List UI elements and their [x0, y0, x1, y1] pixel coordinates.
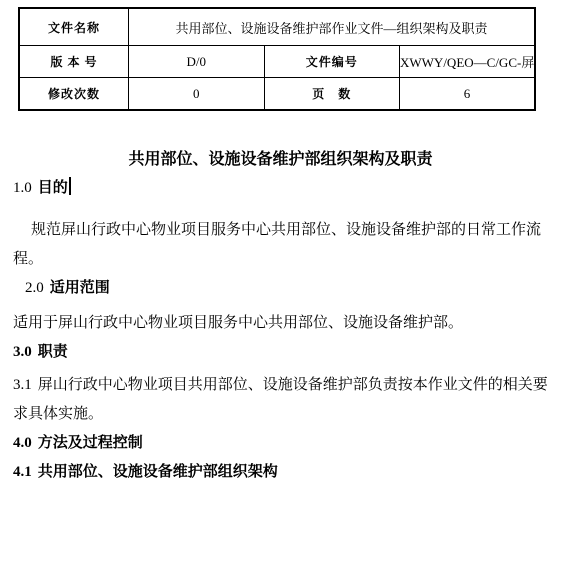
section-4-1-number: 4.1: [13, 464, 32, 480]
section-1-title: 目的: [38, 180, 68, 196]
page-count-value: 6: [400, 78, 536, 111]
version-label: 版 本 号: [19, 46, 129, 78]
document-body[interactable]: 共用部位、设施设备维护部组织架构及职责 1.0目的 规范屏山行政中心物业项目服务…: [13, 107, 548, 487]
revision-count-value: 0: [129, 78, 265, 111]
section-3-heading: 3.0职责: [13, 338, 548, 367]
section-1-paragraph: 规范屏山行政中心物业项目服务中心共用部位、设施设备维护部的日常工作流程。: [13, 216, 548, 274]
page-count-label: 页 数: [264, 78, 400, 111]
doc-number-value: XWWY/QEO—C/GC-屏山-01—2016: [400, 46, 536, 78]
text-cursor: [69, 177, 71, 195]
section-3-1-text: 屏山行政中心物业项目共用部位、设施设备维护部负责按本作业文件的相关要求具体实施。: [13, 377, 548, 422]
section-2-heading: 2.0适用范围: [13, 274, 548, 303]
document-meta-table: 文件名称 共用部位、设施设备维护部作业文件—组织架构及职责 版 本 号 D/0 …: [18, 7, 536, 111]
table-row: 版 本 号 D/0 文件编号 XWWY/QEO—C/GC-屏山-01—2016: [19, 46, 535, 78]
file-name-value: 共用部位、设施设备维护部作业文件—组织架构及职责: [129, 8, 536, 46]
table-row: 文件名称 共用部位、设施设备维护部作业文件—组织架构及职责: [19, 8, 535, 46]
document-title: 共用部位、设施设备维护部组织架构及职责: [13, 145, 548, 174]
section-3-1-number: 3.1: [13, 377, 32, 393]
version-value: D/0: [129, 46, 265, 78]
section-2-number: 2.0: [25, 280, 44, 296]
section-4-number: 4.0: [13, 435, 32, 451]
file-name-label: 文件名称: [19, 8, 129, 46]
section-1-heading: 1.0目的: [13, 174, 548, 203]
section-3-title: 职责: [38, 344, 68, 360]
section-4-1-title: 共用部位、设施设备维护部组织架构: [38, 464, 278, 480]
table-row: 修改次数 0 页 数 6: [19, 78, 535, 111]
document-page[interactable]: 文件名称 共用部位、设施设备维护部作业文件—组织架构及职责 版 本 号 D/0 …: [0, 0, 564, 566]
doc-number-label: 文件编号: [264, 46, 400, 78]
section-1-number: 1.0: [13, 180, 32, 196]
section-4-1-heading: 4.1共用部位、设施设备维护部组织架构: [13, 458, 548, 487]
section-3-number: 3.0: [13, 344, 32, 360]
section-2-title: 适用范围: [50, 280, 110, 296]
section-2-paragraph: 适用于屏山行政中心物业项目服务中心共用部位、设施设备维护部。: [13, 309, 548, 338]
revision-count-label: 修改次数: [19, 78, 129, 111]
section-3-1-paragraph: 3.1屏山行政中心物业项目共用部位、设施设备维护部负责按本作业文件的相关要求具体…: [13, 371, 548, 429]
section-4-heading: 4.0方法及过程控制: [13, 429, 548, 458]
section-4-title: 方法及过程控制: [38, 435, 143, 451]
